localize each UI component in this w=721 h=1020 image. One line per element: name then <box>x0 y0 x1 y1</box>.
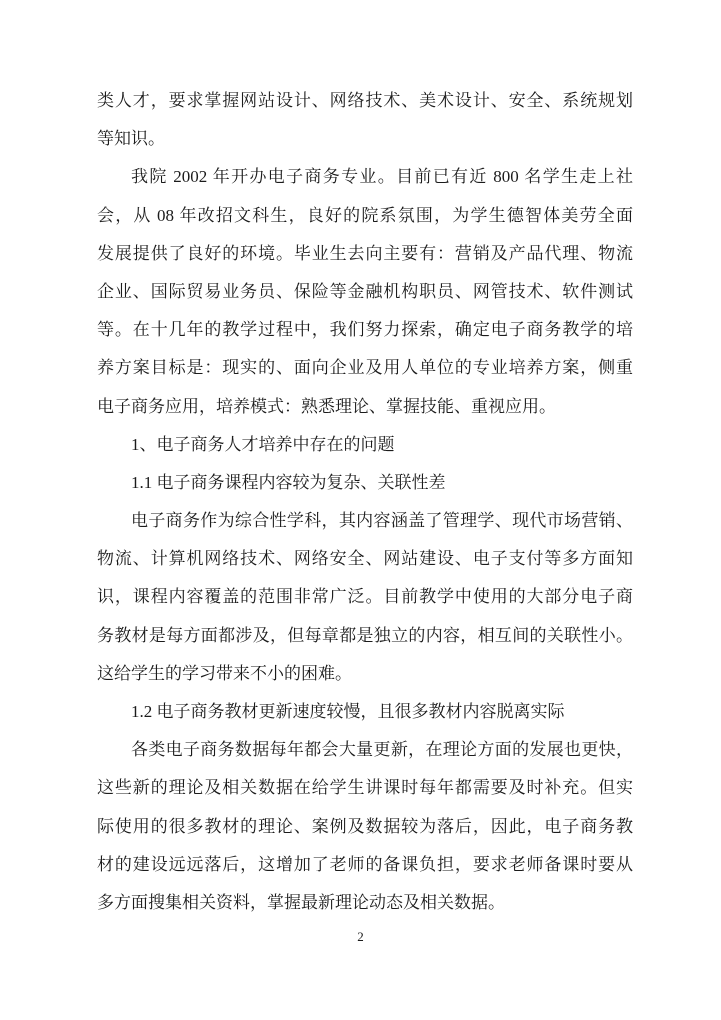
text-line: 等。在十几年的教学过程中，我们努力探索，确定电子商务教学的培 <box>97 311 633 349</box>
document-body: 类人才，要求掌握网站设计、网络技术、美术设计、安全、系统规划等知识。我院 200… <box>97 82 633 922</box>
text-line: 多方面搜集相关资料，掌握最新理论动态及相关数据。 <box>97 884 633 922</box>
text-line: 识，课程内容覆盖的范围非常广泛。目前教学中使用的大部分电子商 <box>97 578 633 616</box>
text-line: 我院 2002 年开办电子商务专业。目前已有近 800 名学生走上社 <box>97 158 633 196</box>
text-line: 务教材是每方面都涉及，但每章都是独立的内容，相互间的关联性小。 <box>97 617 633 655</box>
text-line: 企业、国际贸易业务员、保险等金融机构职员、网管技术、软件测试 <box>97 273 633 311</box>
text-line: 养方案目标是：现实的、面向企业及用人单位的专业培养方案，侧重 <box>97 349 633 387</box>
text-line: 各类电子商务数据每年都会大量更新，在理论方面的发展也更快， <box>97 731 633 769</box>
text-line: 这些新的理论及相关数据在给学生讲课时每年都需要及时补充。但实 <box>97 769 633 807</box>
text-line: 物流、计算机网络技术、网络安全、网站建设、电子支付等多方面知 <box>97 540 633 578</box>
text-line: 电子商务应用，培养模式：熟悉理论、掌握技能、重视应用。 <box>97 388 633 426</box>
page-footer: 2 <box>0 928 721 946</box>
text-line: 材的建设远远落后，这增加了老师的备课负担，要求老师备课时要从 <box>97 846 633 884</box>
text-line: 1.2 电子商务教材更新速度较慢，且很多教材内容脱离实际 <box>97 693 633 731</box>
text-line: 这给学生的学习带来不小的困难。 <box>97 655 633 693</box>
text-line: 等知识。 <box>97 120 633 158</box>
text-line: 电子商务作为综合性学科，其内容涵盖了管理学、现代市场营销、 <box>97 502 633 540</box>
text-line: 会，从 08 年改招文科生，良好的院系氛围，为学生德智体美劳全面 <box>97 197 633 235</box>
document-page: 类人才，要求掌握网站设计、网络技术、美术设计、安全、系统规划等知识。我院 200… <box>0 0 721 1020</box>
text-line: 际使用的很多教材的理论、案例及数据较为落后，因此，电子商务教 <box>97 808 633 846</box>
text-line: 1、电子商务人才培养中存在的问题 <box>97 426 633 464</box>
page-number: 2 <box>357 929 364 944</box>
text-line: 1.1 电子商务课程内容较为复杂、关联性差 <box>97 464 633 502</box>
text-line: 发展提供了良好的环境。毕业生去向主要有：营销及产品代理、物流 <box>97 235 633 273</box>
text-line: 类人才，要求掌握网站设计、网络技术、美术设计、安全、系统规划 <box>97 82 633 120</box>
